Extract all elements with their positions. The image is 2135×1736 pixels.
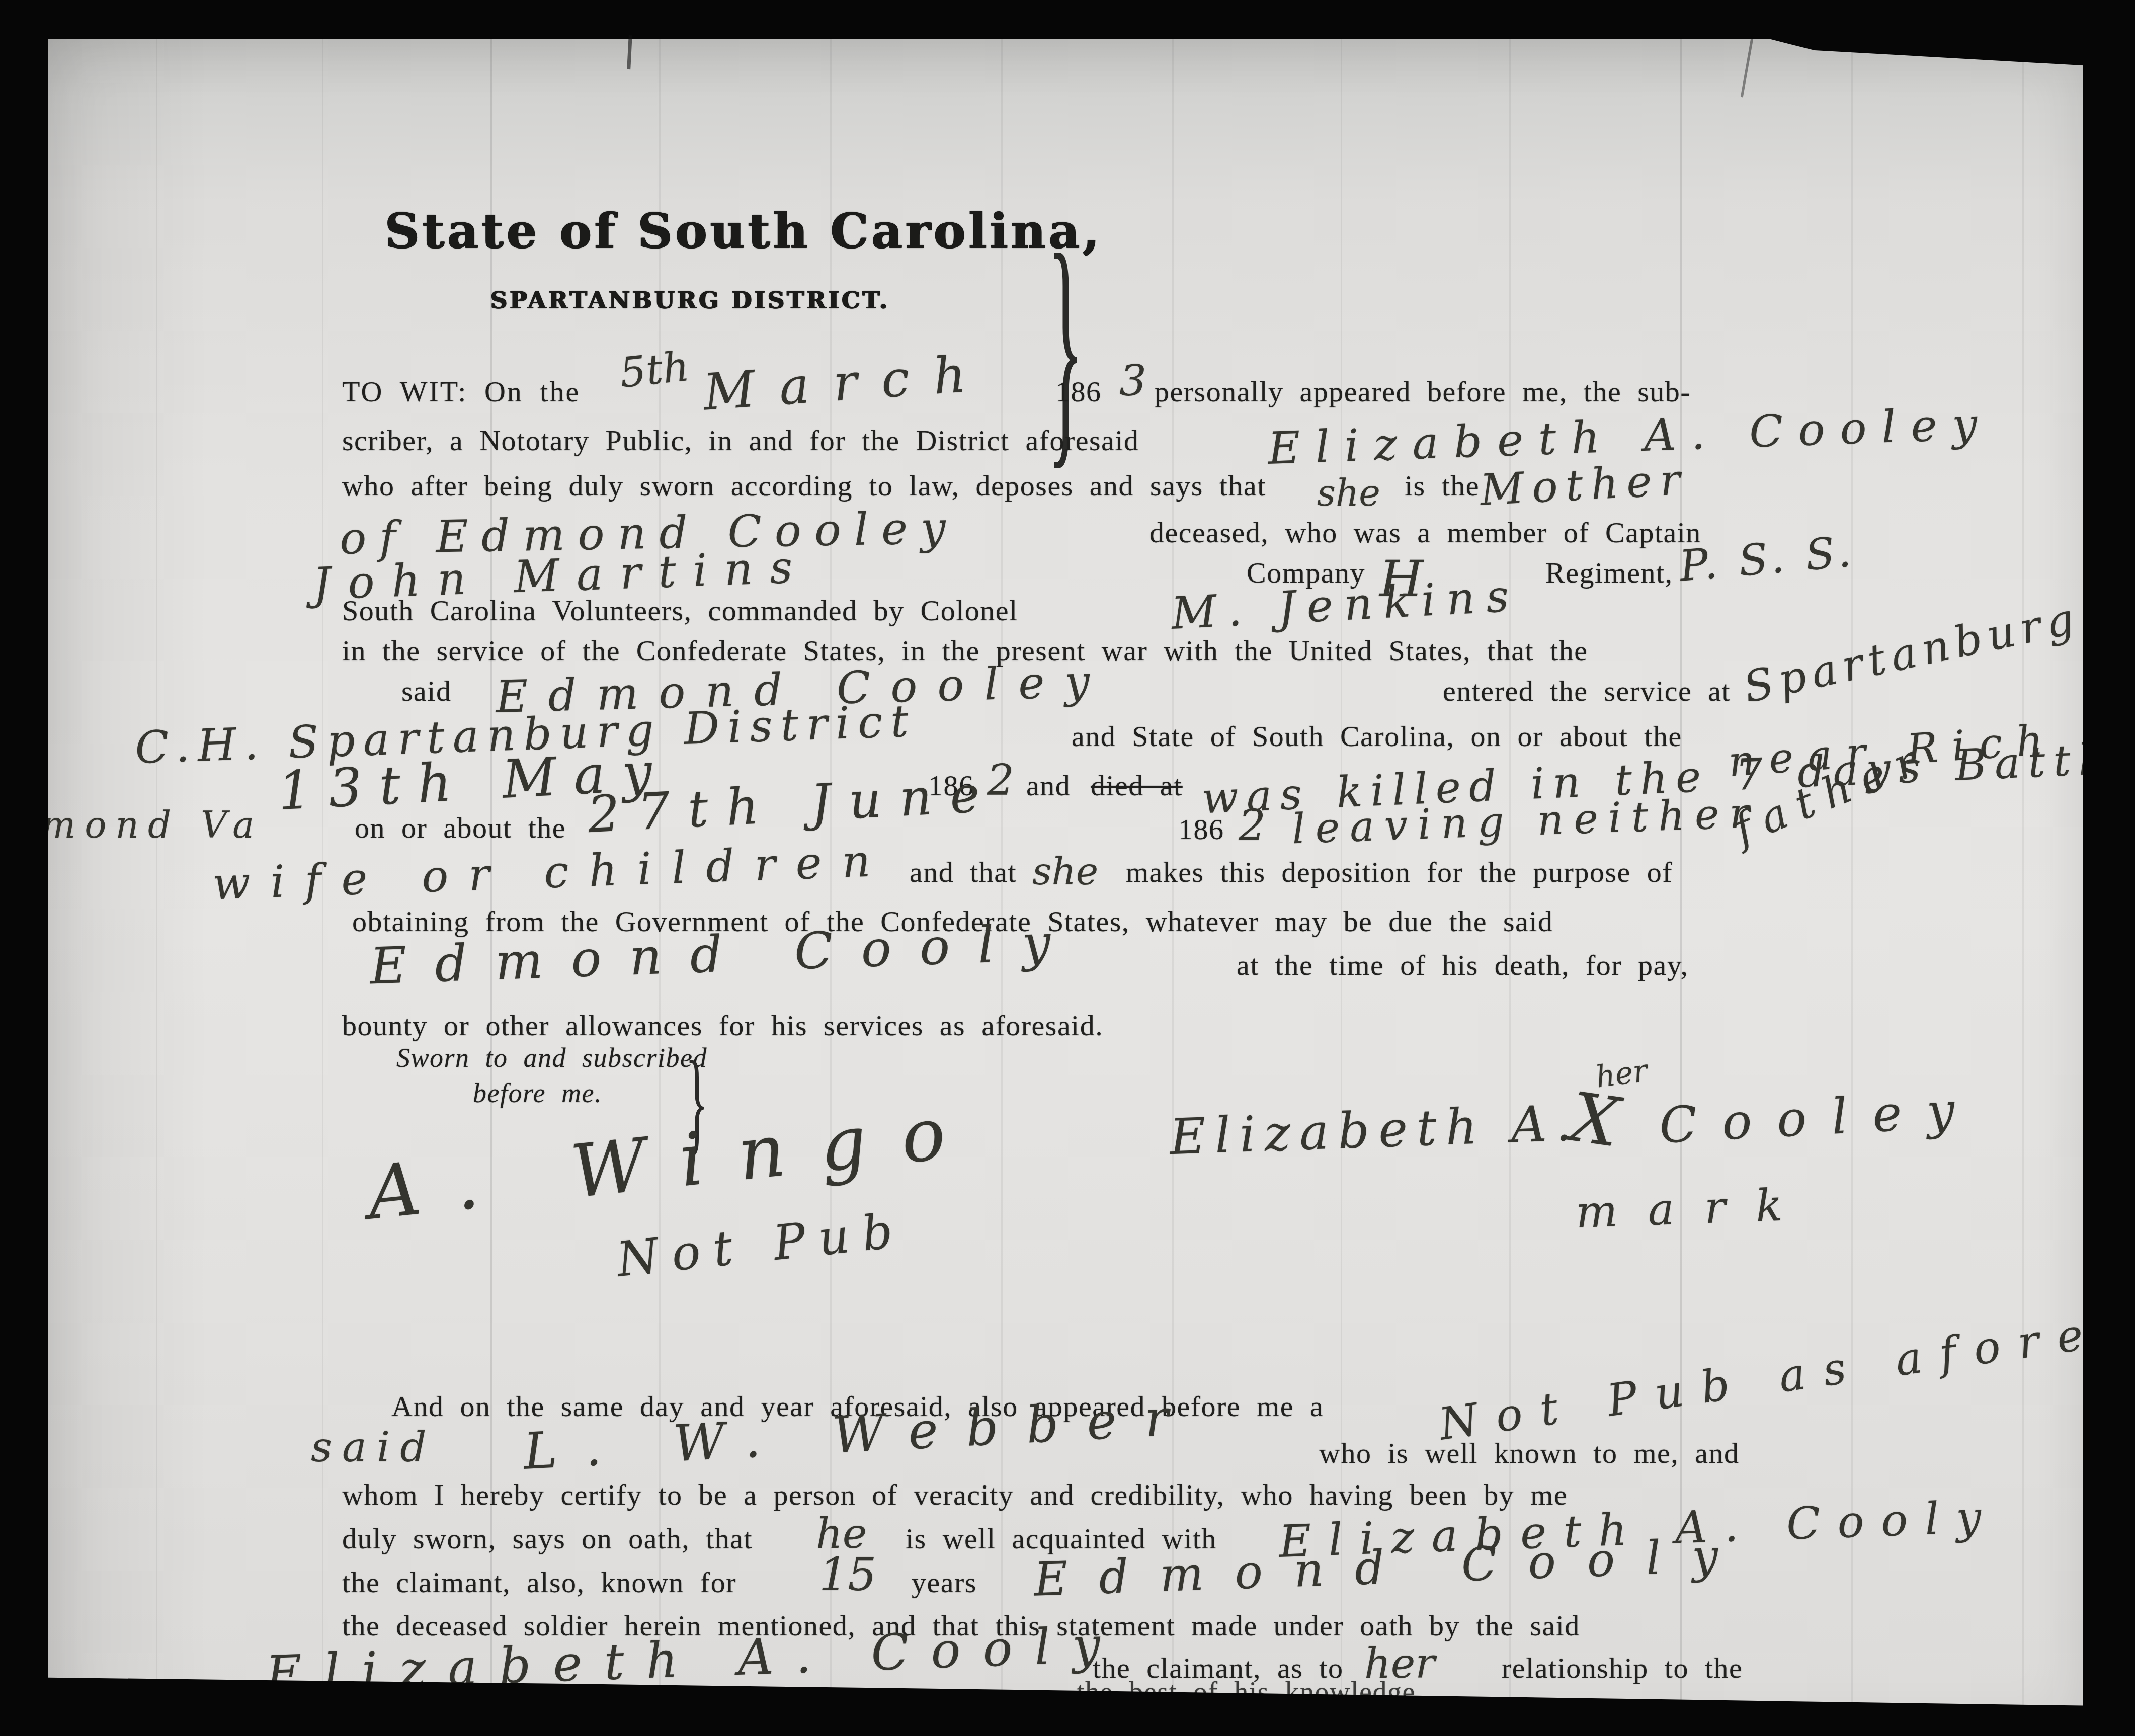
fold-line bbox=[1680, 38, 1682, 1736]
hand-pronoun-she: she bbox=[1317, 472, 1380, 514]
printed-line1b: personally appeared before me, the sub- bbox=[1155, 375, 1691, 408]
hand-years-known: 15 bbox=[819, 1548, 877, 1601]
printed-entered-service: entered the service at bbox=[1443, 674, 1731, 708]
printed-regiment-label: Regiment, bbox=[1545, 556, 1673, 590]
printed-sworn-line2: before me. bbox=[473, 1078, 602, 1109]
document-title: State of South Carolina, bbox=[385, 204, 1102, 260]
fold-line bbox=[156, 38, 157, 1736]
printed-year-prefix-1: 186 bbox=[1055, 375, 1102, 408]
printed-witness-line4a: duly sworn, says on oath, that bbox=[342, 1522, 753, 1555]
printed-line3b: is the bbox=[1405, 469, 1480, 503]
scan-border-right bbox=[2083, 0, 2135, 1736]
printed-line15: bounty or other allowances for his servi… bbox=[342, 1009, 1103, 1042]
scanned-document-page: State of South Carolina, } SPARTANBURG D… bbox=[0, 0, 2135, 1736]
printed-year-prefix-3: 186 bbox=[1178, 812, 1224, 846]
printed-years-label: years bbox=[912, 1565, 977, 1599]
hand-pronoun-she-2: she bbox=[1032, 849, 1098, 893]
printed-line4: deceased, who was a member of Captain bbox=[1149, 516, 1701, 549]
document-subtitle: SPARTANBURG DISTRICT. bbox=[490, 287, 890, 314]
printed-and: and bbox=[1026, 769, 1071, 802]
hand-margin-mond-va: mond Va bbox=[41, 804, 263, 846]
printed-line14: at the time of his death, for pay, bbox=[1237, 948, 1689, 982]
printed-line9: and State of South Carolina, on or about… bbox=[1072, 719, 1682, 753]
paper-shading bbox=[48, 38, 209, 1736]
hand-day: 5th bbox=[617, 343, 691, 397]
printed-line2: scriber, a Nototary Public, in and for t… bbox=[342, 424, 1139, 457]
scan-border-top bbox=[0, 0, 2135, 39]
fold-line bbox=[1851, 38, 1853, 1736]
printed-to-wit: TO WIT: On the bbox=[342, 375, 580, 408]
scan-border-left bbox=[0, 0, 48, 1736]
printed-witness-line2: who is well known to me, and bbox=[1319, 1436, 1740, 1470]
printed-said: said bbox=[401, 674, 451, 708]
claimant-mark-label: mark bbox=[1575, 1178, 1814, 1238]
printed-line3a: who after being duly sworn according to … bbox=[342, 469, 1266, 503]
printed-witness-line7b: relationship to the bbox=[1502, 1651, 1743, 1685]
printed-witness-line3: whom I hereby certify to be a person of … bbox=[342, 1478, 1568, 1512]
printed-sworn-line1: Sworn to and subscribed bbox=[396, 1042, 707, 1073]
hand-year-digit-1: 3 bbox=[1119, 356, 1146, 406]
printed-and-that: and that bbox=[910, 855, 1017, 889]
printed-died-at-struck: died at bbox=[1091, 769, 1183, 802]
printed-on-or-about: on or about the bbox=[355, 811, 566, 845]
hand-said-2: said bbox=[311, 1424, 437, 1471]
printed-witness-line5a: the claimant, also, known for bbox=[342, 1565, 736, 1599]
printed-line12b: makes this deposition for the purpose of bbox=[1126, 855, 1673, 889]
printed-line6: South Carolina Volunteers, commanded by … bbox=[342, 594, 1018, 627]
hand-year-digit-3: 2 bbox=[1239, 801, 1266, 851]
fold-line bbox=[2022, 38, 2024, 1736]
